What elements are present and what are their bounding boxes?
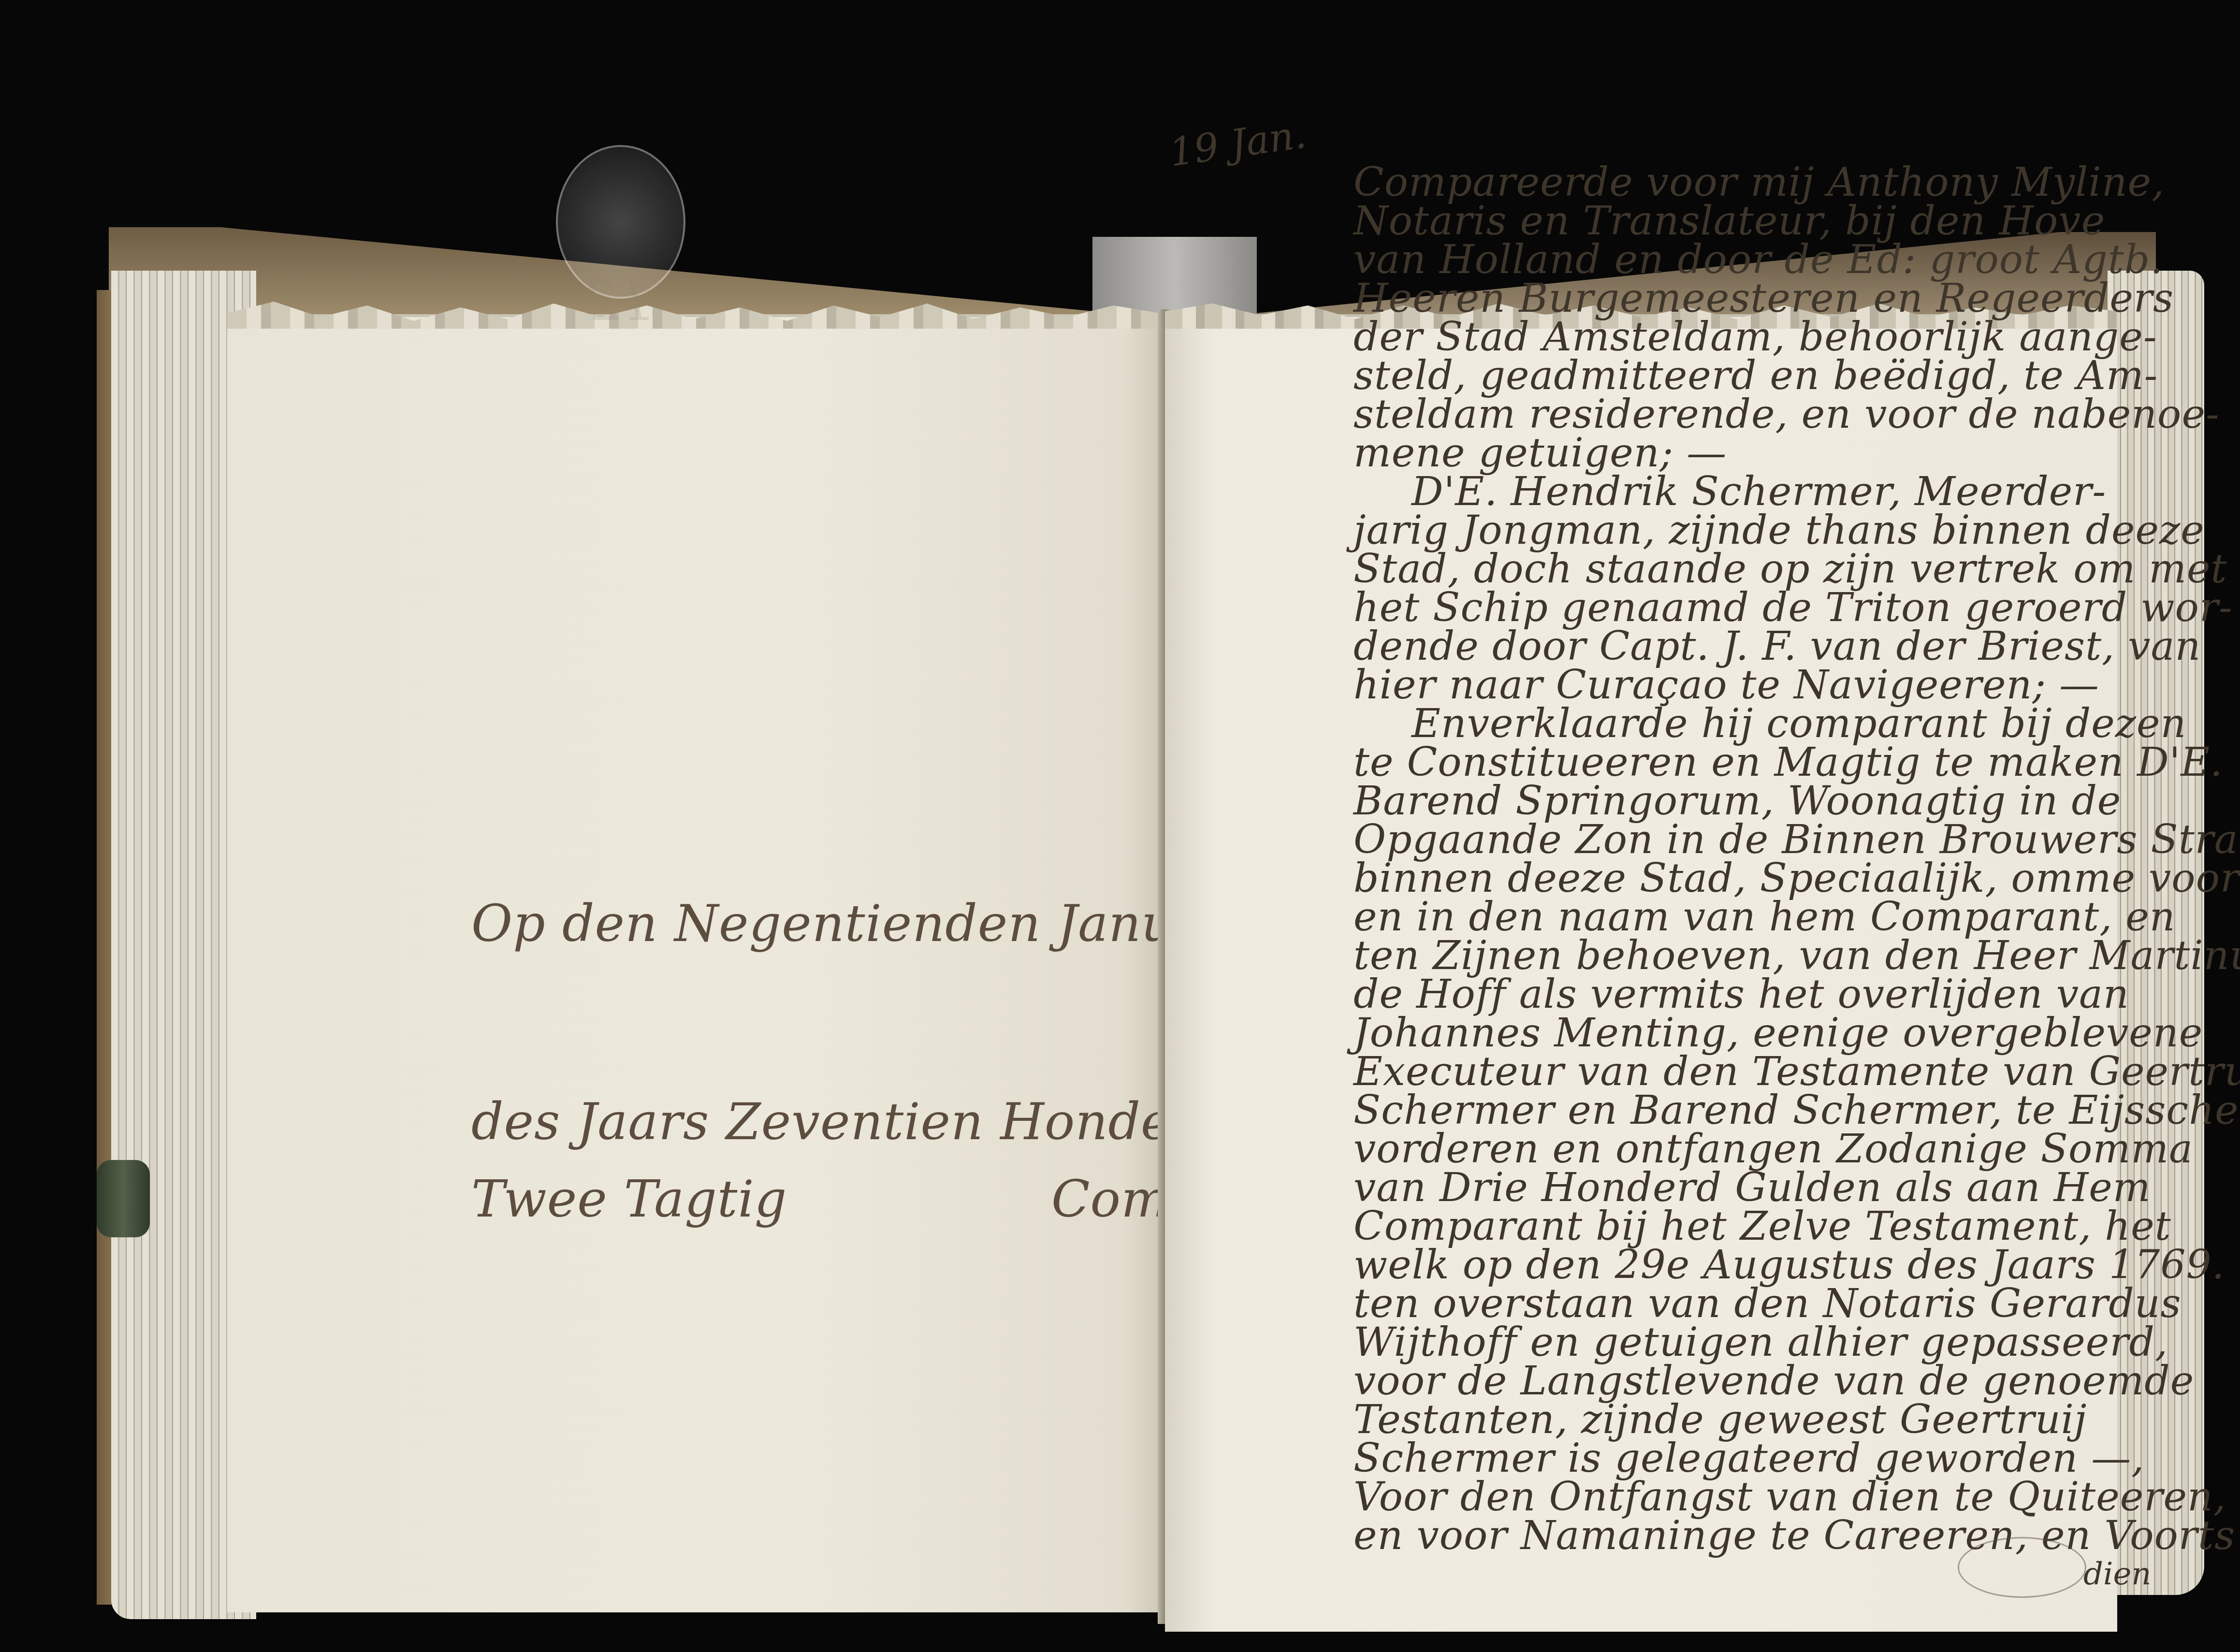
left-page-line-2: des Jaars Zeventien Honderd (471, 1092, 1228, 1151)
right-line-36: en voor Namaninge te Careeren, en Voorts (1353, 1513, 2235, 1559)
left-page (227, 314, 1160, 1612)
margin-date-note: 19 Jan. (1167, 112, 1309, 175)
right-page-catchword: dien (2083, 1556, 2152, 1592)
binding-tie-string (97, 1160, 150, 1237)
scanned-book-spread: 12 Op den Negentienden January des Jaars… (0, 0, 2240, 1652)
left-page-line-1: Op den Negentienden January (471, 894, 1258, 953)
left-page-catchword: Com (1051, 1170, 1169, 1229)
left-page-line-3: Twee Tagtig (471, 1170, 787, 1229)
flourish-ornament-icon (1958, 1537, 2086, 1598)
bleed-through-number: 12 (585, 271, 653, 333)
